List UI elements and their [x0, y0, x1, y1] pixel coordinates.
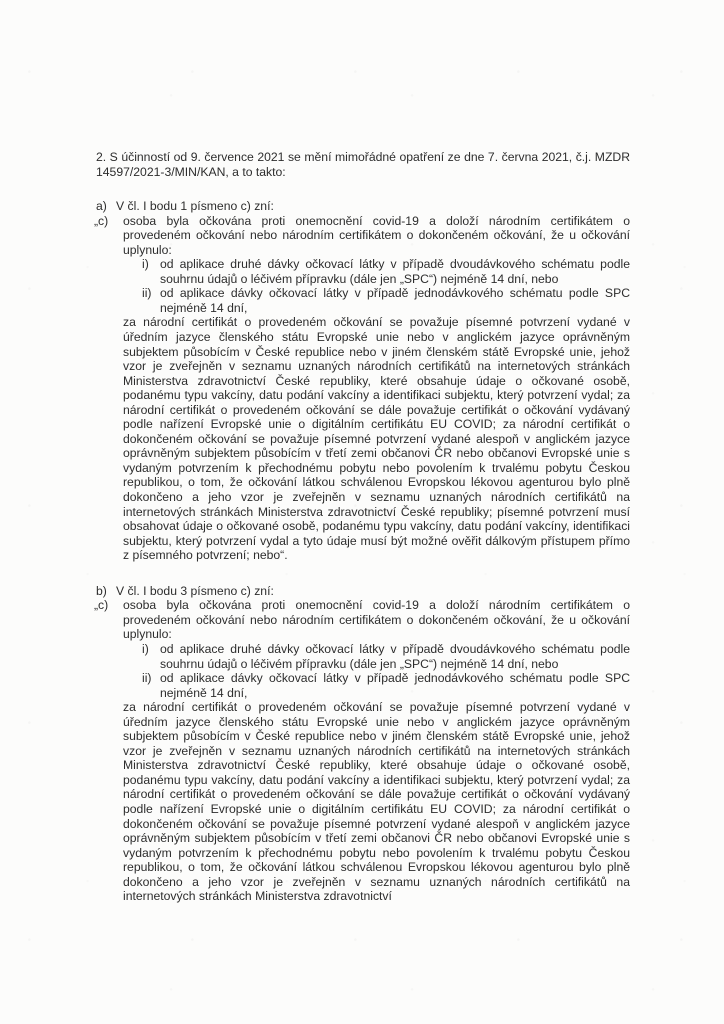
- section-b-subitem-i-text: od aplikace druhé dávky očkovací látky v…: [160, 642, 630, 671]
- section-a-subitem-ii: ii) od aplikace dávky očkovací látky v p…: [142, 286, 630, 315]
- section-a-item-c-content: osoba byla očkována proti onemocnění cov…: [123, 214, 630, 563]
- section-b-heading-row: b) V čl. I bodu 3 písmeno c) zní:: [96, 584, 630, 599]
- section-b-item-c-intro: osoba byla očkována proti onemocnění cov…: [123, 598, 630, 642]
- section-a-subitem-ii-label: ii): [142, 286, 160, 315]
- section-b-item-c-content: osoba byla očkována proti onemocnění cov…: [123, 598, 630, 903]
- section-b-subitem-i: i) od aplikace druhé dávky očkovací látk…: [142, 642, 630, 671]
- section-b-subitem-ii-label: ii): [142, 671, 160, 700]
- document-text-block: 2. S účinností od 9. července 2021 se mě…: [96, 150, 630, 904]
- section-b-subitem-i-label: i): [142, 642, 160, 671]
- section-a-subitem-i-label: i): [142, 257, 160, 286]
- section-a-item-c-label: „c): [94, 214, 121, 563]
- section-a-label: a): [96, 199, 116, 214]
- section-a-subitem-i: i) od aplikace druhé dávky očkovací látk…: [142, 257, 630, 286]
- section-b-label: b): [96, 584, 116, 599]
- section-a: a) V čl. I bodu 1 písmeno c) zní: „c) os…: [96, 199, 630, 563]
- section-a-item-c: „c) osoba byla očkována proti onemocnění…: [96, 214, 630, 563]
- section-a-item-c-body: za národní certifikát o provedeném očkov…: [123, 315, 630, 562]
- scanned-document-page: 2. S účinností od 9. července 2021 se mě…: [0, 0, 724, 1024]
- section-b-heading: V čl. I bodu 3 písmeno c) zní:: [116, 584, 630, 599]
- section-b: b) V čl. I bodu 3 písmeno c) zní: „c) os…: [96, 584, 630, 904]
- section-b-item-c-body: za národní certifikát o provedeném očkov…: [123, 700, 630, 904]
- section-a-subitem-i-text: od aplikace druhé dávky očkovací látky v…: [160, 257, 630, 286]
- section-a-heading-row: a) V čl. I bodu 1 písmeno c) zní:: [96, 199, 630, 214]
- section-b-item-c-label: „c): [94, 598, 121, 903]
- section-b-subitem-ii-text: od aplikace dávky očkovací látky v přípa…: [160, 671, 630, 700]
- section-b-item-c: „c) osoba byla očkována proti onemocnění…: [96, 598, 630, 903]
- section-a-heading: V čl. I bodu 1 písmeno c) zní:: [116, 199, 630, 214]
- section-a-subitem-ii-text: od aplikace dávky očkovací látky v přípa…: [160, 286, 630, 315]
- section-b-subitem-ii: ii) od aplikace dávky očkovací látky v p…: [142, 671, 630, 700]
- section-a-item-c-intro: osoba byla očkována proti onemocnění cov…: [123, 214, 630, 258]
- amendment-intro-paragraph: 2. S účinností od 9. července 2021 se mě…: [96, 150, 630, 179]
